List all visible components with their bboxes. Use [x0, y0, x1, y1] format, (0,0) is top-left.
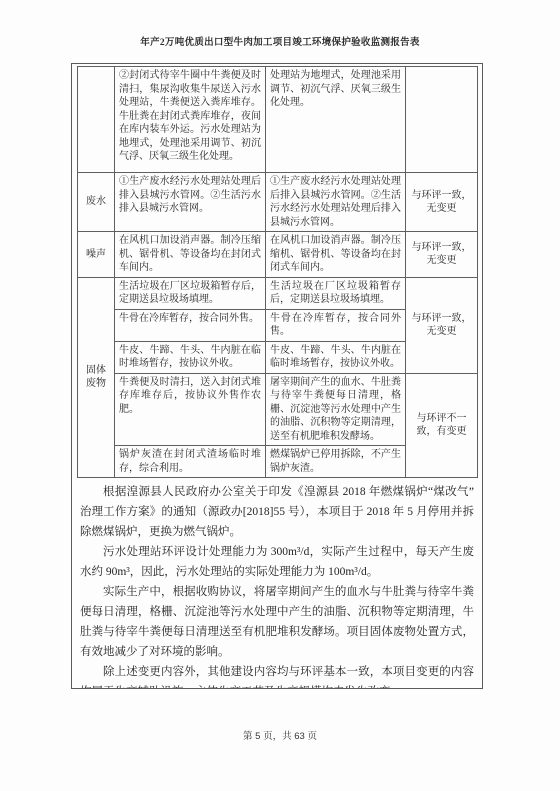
page-title: 年产2万吨优质出口型牛肉加工项目竣工环境保护验收监测报告表 [0, 34, 560, 48]
document-page: 年产2万吨优质出口型牛肉加工项目竣工环境保护验收监测报告表 ②封闭式待宰牛圈中牛… [0, 0, 560, 791]
category-cell-empty [78, 67, 115, 173]
acceptance-comparison-table: ②封闭式待宰牛圈中牛粪便及时清扫，集尿沟收集牛尿送入污水处理站，牛粪便送入粪库堆… [77, 66, 478, 478]
approved-measures-cell: 在风机口加设消声器。制冷压缩机、锯骨机、等设备均在封闭式车间内。 [115, 232, 266, 278]
table-row-wastewater: 废水 ①生产废水经污水处理站处理后排入县城污水管网。②生活污水排入县城污水管网。… [78, 173, 478, 232]
change-status-cell: 与环评一致，无变更 [406, 232, 478, 278]
approved-measures-cell: 生活垃圾在厂区垃圾箱暂存后，定期送县垃圾场填埋。 [115, 277, 266, 309]
approved-measures-cell: 锅炉灰渣在封闭式渣场临时堆存，综合利用。 [115, 446, 266, 478]
actual-construction-cell: 燃煤锅炉已停用拆除，不产生锅炉灰渣。 [266, 446, 406, 478]
category-cell-noise: 噪声 [78, 232, 115, 278]
change-status-cell: 与环评一致，无变更 [406, 277, 478, 373]
actual-construction-cell: 在风机口加设消声器。制冷压缩机、锯骨机、等设备均在封闭式车间内。 [266, 232, 406, 278]
approved-measures-cell: ①生产废水经污水处理站处理后排入县城污水管网。②生活污水排入县城污水管网。 [115, 173, 266, 232]
paragraph-wastewater-capacity: 污水处理站环评设计处理能力为 300m³/d，实际产生过程中，每天产生废水约 9… [80, 542, 474, 582]
paragraph-boiler-change: 根据湟源县人民政府办公室关于印发《湟源县 2018 年燃煤锅炉“煤改气”治理工作… [80, 482, 474, 542]
actual-construction-cell: 屠宰期间产生的血水、牛肚粪与待宰牛粪便每日清理，格栅、沉淀池等污水处理中产生的油… [266, 373, 406, 446]
actual-construction-cell: 处理站为地埋式，处理池采用调节、初沉气浮、厌氧三级生化处理。 [266, 67, 406, 173]
change-status-cell-empty [406, 67, 478, 173]
change-status-cell: 与环评不一致，有变更 [406, 373, 478, 478]
actual-construction-cell: 生活垃圾在厂区垃圾箱暂存后，定期送县垃圾场填埋。 [266, 277, 406, 309]
actual-construction-cell: 牛骨在冷库暂存，按合同外售。 [266, 309, 406, 341]
actual-construction-cell: 牛皮、牛蹄、牛头、牛内脏在临时堆场暂存，按协议外收。 [266, 341, 406, 373]
approved-measures-cell: 牛粪便及时清扫，送入封闭式堆存库堆存后，按协议外售作农肥。 [115, 373, 266, 446]
approved-measures-cell: 牛皮、牛蹄、牛头、牛内脏在临时堆场暂存，按协议外收。 [115, 341, 266, 373]
category-cell-solid-waste: 固体废物 [78, 277, 115, 478]
paragraph-conclusion: 除上述变更内容外，其他建设内容均与环评基本一致，本项目变更的内容均属于生产辅助设… [80, 662, 474, 689]
approved-measures-cell: 牛骨在冷库暂存，按合同外售。 [115, 309, 266, 341]
table-row-solid-waste-manure: 牛粪便及时清扫，送入封闭式堆存库堆存后，按协议外售作农肥。 屠宰期间产生的血水、… [78, 373, 478, 446]
approved-measures-cell: ②封闭式待宰牛圈中牛粪便及时清扫，集尿沟收集牛尿送入污水处理站，牛粪便送入粪库堆… [115, 67, 266, 173]
category-cell-wastewater: 废水 [78, 173, 115, 232]
change-status-cell: 与环评一致，无变更 [406, 173, 478, 232]
table-row-seal-pen: ②封闭式待宰牛圈中牛粪便及时清扫，集尿沟收集牛尿送入污水处理站，牛粪便送入粪库堆… [78, 67, 478, 173]
narrative-section: 根据湟源县人民政府办公室关于印发《湟源县 2018 年燃煤锅炉“煤改气”治理工作… [72, 482, 482, 689]
table-row-noise: 噪声 在风机口加设消声器。制冷压缩机、锯骨机、等设备均在封闭式车间内。 在风机口… [78, 232, 478, 278]
table-row-solid-waste-domestic: 固体废物 生活垃圾在厂区垃圾箱暂存后，定期送县垃圾场填埋。 生活垃圾在厂区垃圾箱… [78, 277, 478, 309]
form-outer-frame: ②封闭式待宰牛圈中牛粪便及时清扫，集尿沟收集牛尿送入污水处理站，牛粪便送入粪库堆… [71, 63, 483, 689]
actual-construction-cell: ①生产废水经污水处理站处理后排入县城污水管网。②生活污水经污水处理站处理后排入县… [266, 173, 406, 232]
paragraph-solid-waste-handling: 实际生产中，根据收购协议，将屠宰期间产生的血水与牛肚粪与待宰牛粪便每日清理，格栅… [80, 582, 474, 662]
page-number: 第 5 页，共 63 页 [0, 728, 560, 742]
